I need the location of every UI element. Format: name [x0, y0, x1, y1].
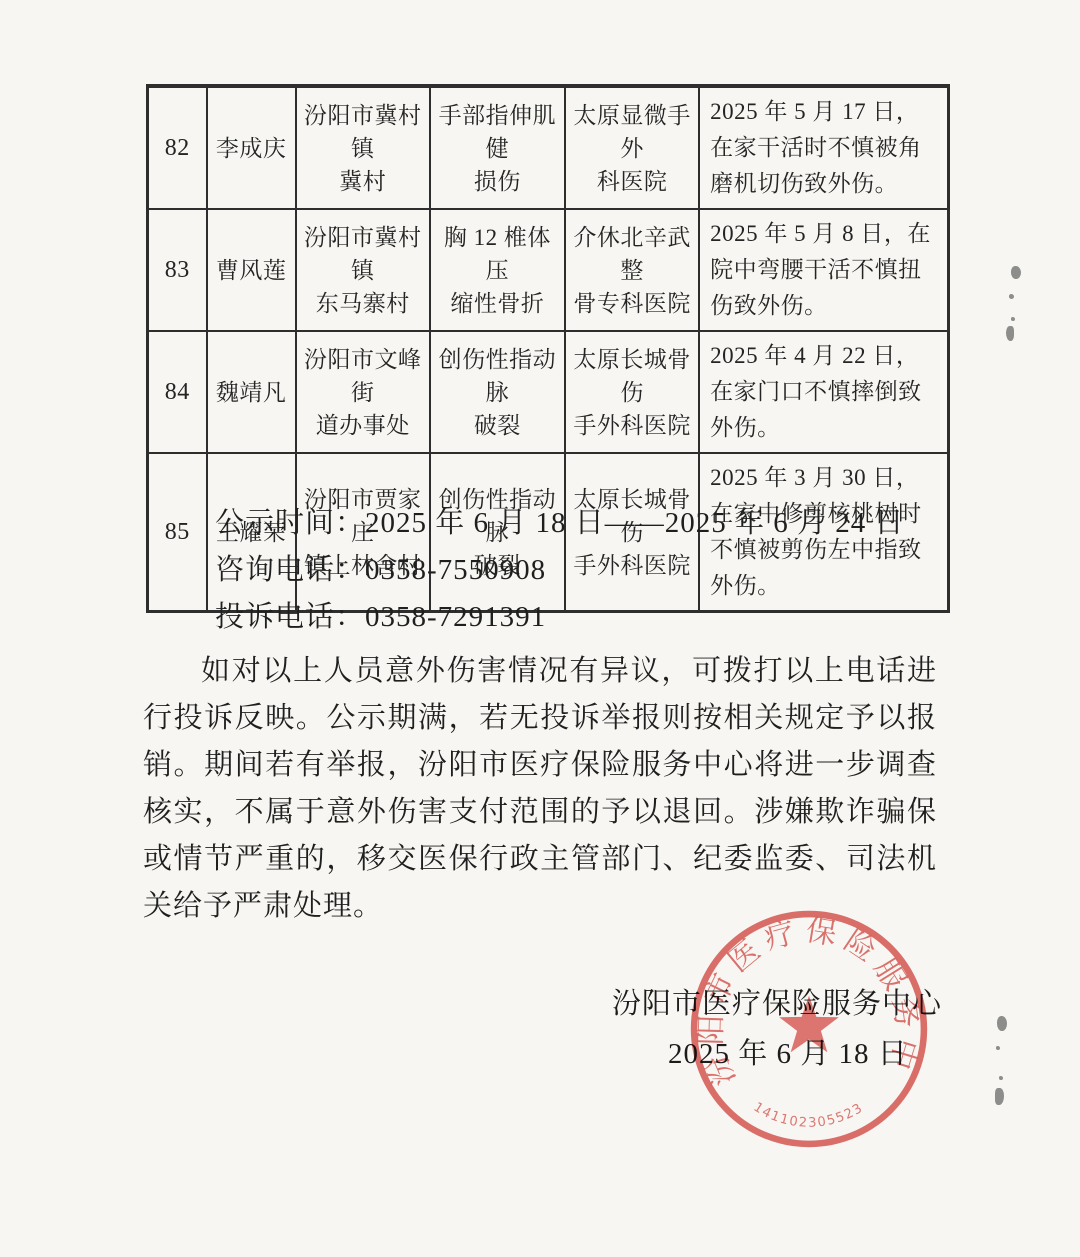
cell-description: 2025 年 5 月 8 日，在院中弯腰干活不慎扭伤致外伤。 [699, 209, 948, 331]
scan-artifact [1009, 294, 1014, 299]
scan-artifact [1011, 266, 1021, 279]
scan-artifact [997, 1016, 1007, 1031]
cell-description: 2025 年 5 月 17 日，在家干活时不慎被角磨机切伤致外伤。 [699, 86, 948, 209]
scan-artifact [1011, 317, 1015, 321]
cell-row-number: 83 [148, 209, 207, 331]
cell-description: 2025 年 4 月 22 日，在家门口不慎摔倒致外伤。 [699, 331, 948, 453]
cell-row-number: 84 [148, 331, 207, 453]
inquiry-phone-line: 咨询电话：0358-7550908 [215, 547, 905, 594]
scan-artifact [996, 1046, 1000, 1050]
cell-address: 汾阳市冀村镇 冀村 [296, 86, 430, 209]
scan-artifact [1006, 326, 1014, 341]
publicity-period-line: 公示时间：2025 年 6 月 18 日——2025 年 6 月 24 日 [215, 500, 905, 547]
cell-hospital: 太原长城骨伤 手外科医院 [565, 331, 699, 453]
cell-address: 汾阳市文峰街 道办事处 [296, 331, 430, 453]
notice-info-block: 公示时间：2025 年 6 月 18 日——2025 年 6 月 24 日 咨询… [215, 500, 905, 641]
cell-name: 魏靖凡 [207, 331, 296, 453]
complaint-phone-line: 投诉电话：0358-7291391 [215, 594, 905, 641]
table-row: 84 魏靖凡 汾阳市文峰街 道办事处 创伤性指动脉 破裂 太原长城骨伤 手外科医… [148, 331, 949, 453]
cell-row-number: 85 [148, 453, 207, 612]
seal-star-icon [779, 996, 838, 1053]
scan-artifact [995, 1088, 1004, 1105]
table-row: 82 李成庆 汾阳市冀村镇 冀村 手部指伸肌健 损伤 太原显微手外 科医院 20… [148, 86, 949, 209]
cell-hospital: 介休北辛武整 骨专科医院 [565, 209, 699, 331]
cell-injury: 创伤性指动脉 破裂 [430, 331, 565, 453]
cell-name: 曹风莲 [207, 209, 296, 331]
cell-hospital: 太原显微手外 科医院 [565, 86, 699, 209]
document-page: 82 李成庆 汾阳市冀村镇 冀村 手部指伸肌健 损伤 太原显微手外 科医院 20… [0, 0, 1080, 1257]
seal-ring-text: 汾阳市医疗保险服务中心 [683, 903, 925, 1091]
scan-artifact [999, 1076, 1003, 1080]
cell-injury: 手部指伸肌健 损伤 [430, 86, 565, 209]
notice-paragraph: 如对以上人员意外伤害情况有异议，可拨打以上电话进行投诉反映。公示期满，若无投诉举… [143, 648, 937, 930]
cell-address: 汾阳市冀村镇 东马寨村 [296, 209, 430, 331]
table-row: 83 曹风莲 汾阳市冀村镇 东马寨村 胸 12 椎体压 缩性骨折 介休北辛武整 … [148, 209, 949, 331]
cell-row-number: 82 [148, 86, 207, 209]
cell-injury: 胸 12 椎体压 缩性骨折 [430, 209, 565, 331]
official-seal: 汾阳市医疗保险服务中心 1411023055238 [683, 903, 935, 1155]
cell-name: 李成庆 [207, 86, 296, 209]
